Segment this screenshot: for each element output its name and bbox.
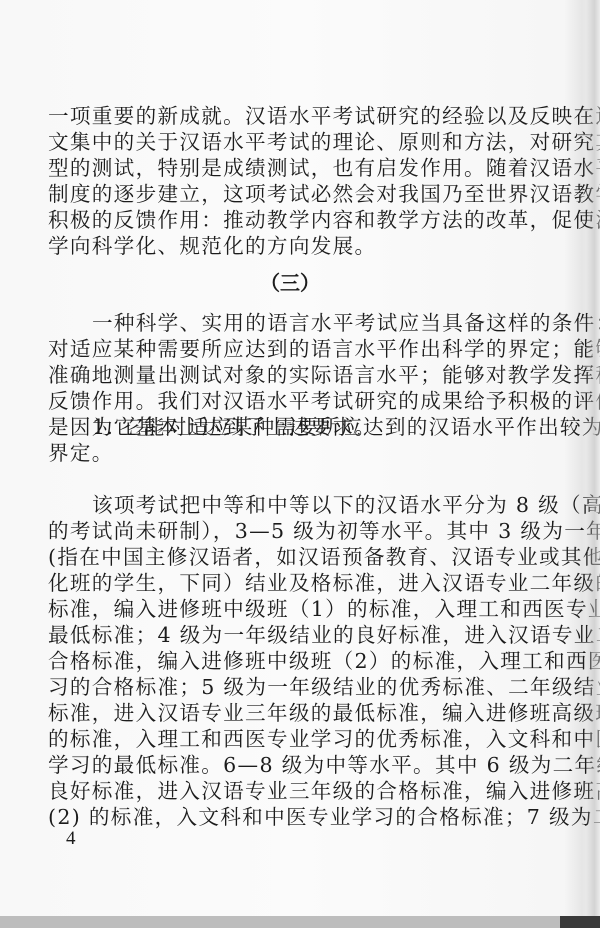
text-line: 文集中的关于汉语水平考试的理论、原则和方法，对研究其他类: [48, 129, 535, 155]
text-line: 型的测试，特别是成绩测试，也有启发作用。随着汉语水平考试: [48, 155, 535, 181]
text-line: 学向科学化、规范化的方向发展。: [48, 233, 535, 259]
scan-bottom-edge: [0, 916, 600, 928]
text-line: 一项重要的新成就。汉语水平考试研究的经验以及反映在这部论: [48, 103, 535, 129]
text-line: 合格标准，编入进修班中级班（2）的标准，入理工和西医专业学: [48, 648, 535, 674]
text-line: 积极的反馈作用：推动教学内容和教学方法的改革，促使汉语教: [48, 207, 535, 233]
text-line: 1. 它能对适应某种需要所应达到的汉语水平作出较为科学的: [48, 414, 535, 440]
text-line: 一种科学、实用的语言水平考试应当具备这样的条件：能够: [48, 310, 535, 336]
text-line: 对适应某种需要所应达到的语言水平作出科学的界定；能够较为: [48, 336, 535, 362]
text-line: (2) 的标准，入文科和中医专业学习的合格标准；7 级为二年级结: [48, 804, 535, 830]
text-line: 该项考试把中等和中等以下的汉语水平分为 8 级（高等水平: [48, 492, 535, 518]
paragraph-levels-description: 该项考试把中等和中等以下的汉语水平分为 8 级（高等水平 的考试尚未研制），3—…: [48, 492, 535, 830]
text-line: 制度的逐步建立，这项考试必然会对我国乃至世界汉语教学发挥: [48, 181, 535, 207]
text-line: 的考试尚未研制），3—5 级为初等水平。其中 3 级为一年级学生: [48, 518, 535, 544]
paragraph-point-1: 1. 它能对适应某种需要所应达到的汉语水平作出较为科学的 界定。: [48, 414, 535, 466]
text-line: 的标准，入理工和西医专业学习的优秀标准，入文科和中医专业: [48, 726, 535, 752]
paragraph-continuation: 一项重要的新成就。汉语水平考试研究的经验以及反映在这部论 文集中的关于汉语水平考…: [48, 103, 535, 259]
text-line: (指在中国主修汉语者，如汉语预备教育、汉语专业或其他汉语强: [48, 544, 535, 570]
scanned-book-page: 一项重要的新成就。汉语水平考试研究的经验以及反映在这部论 文集中的关于汉语水平考…: [0, 0, 600, 928]
text-line: 准确地测量出测试对象的实际语言水平；能够对教学发挥积极的: [48, 362, 535, 388]
text-line: 标准，编入进修班中级班（1）的标准，入理工和西医专业学习的: [48, 596, 535, 622]
text-line: 学习的最低标准。6—8 级为中等水平。其中 6 级为二年级结业的: [48, 752, 535, 778]
scan-corner-shadow: [560, 916, 600, 928]
text-line: 良好标准，进入汉语专业三年级的合格标准，编入进修班高级班: [48, 778, 535, 804]
text-line: 习的合格标准；5 级为一年级结业的优秀标准、二年级结业的最低: [48, 674, 535, 700]
text-line: 最低标准；4 级为一年级结业的良好标准，进入汉语专业二年级的: [48, 622, 535, 648]
text-line: 反馈作用。我们对汉语水平考试研究的成果给予积极的评价，正: [48, 388, 535, 414]
text-line: 化班的学生，下同）结业及格标准，进入汉语专业二年级的最低: [48, 570, 535, 596]
text-line: 标准，进入汉语专业三年级的最低标准，编入进修班高级班（1）: [48, 700, 535, 726]
page-number: 4: [66, 827, 76, 851]
section-heading: （三）: [0, 270, 580, 296]
page-edge-shadow: [586, 0, 600, 928]
text-line: 界定。: [48, 440, 535, 466]
